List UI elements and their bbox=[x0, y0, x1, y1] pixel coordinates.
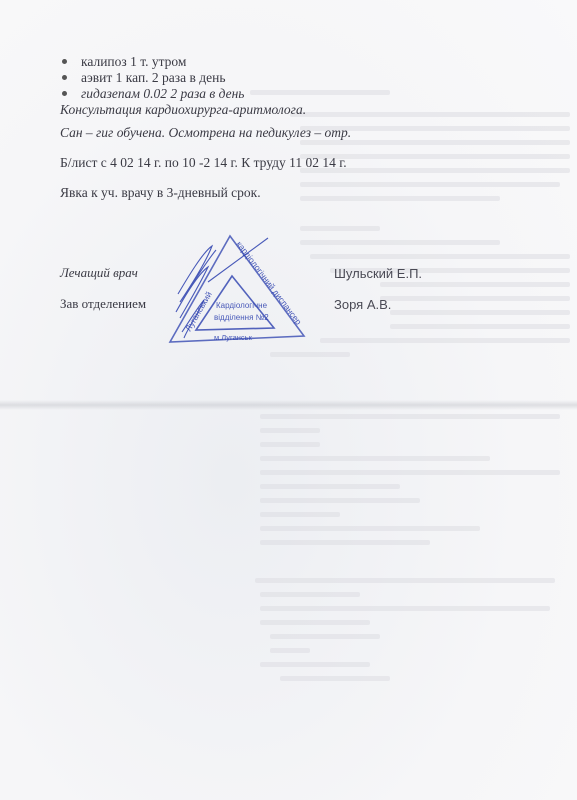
medication-text: калипоз 1 т. утром bbox=[81, 54, 186, 69]
medication-item: калипоз 1 т. утром bbox=[62, 54, 186, 70]
bullet-icon bbox=[62, 59, 67, 64]
svg-text:відділення №2: відділення №2 bbox=[214, 313, 269, 322]
attending-doctor-name: Шульский Е.П. bbox=[334, 266, 422, 281]
consultation-line: Консультация кардиохирурга-аритмолога. bbox=[60, 102, 306, 118]
sick-leave-line: Б/лист с 4 02 14 г. по 10 -2 14 г. К тру… bbox=[60, 155, 347, 171]
head-of-department-label: Зав отделением bbox=[60, 296, 146, 312]
followup-line: Явка к уч. врачу в 3-дневный срок. bbox=[60, 185, 261, 201]
attending-doctor-label: Лечащий врач bbox=[60, 265, 138, 281]
paper-fold bbox=[0, 400, 577, 410]
sanitary-line: Сан – гиг обучена. Осмотрена на педикуле… bbox=[60, 125, 351, 141]
head-of-department-name: Зоря А.В. bbox=[334, 297, 391, 312]
document-page: калипоз 1 т. утром аэвит 1 кап. 2 раза в… bbox=[0, 0, 577, 800]
bullet-icon bbox=[62, 91, 67, 96]
medication-text: аэвит 1 кап. 2 раза в день bbox=[81, 70, 226, 85]
svg-text:м.Луганськ: м.Луганськ bbox=[214, 333, 253, 342]
bullet-icon bbox=[62, 75, 67, 80]
medication-item: аэвит 1 кап. 2 раза в день bbox=[62, 70, 226, 86]
department-stamp: Луганський кардіологічний диспансер Кард… bbox=[168, 232, 308, 350]
medication-text: гидазепам 0.02 2 раза в день bbox=[81, 86, 244, 101]
svg-text:Кардіологічне: Кардіологічне bbox=[216, 301, 268, 310]
medication-item: гидазепам 0.02 2 раза в день bbox=[62, 86, 244, 102]
